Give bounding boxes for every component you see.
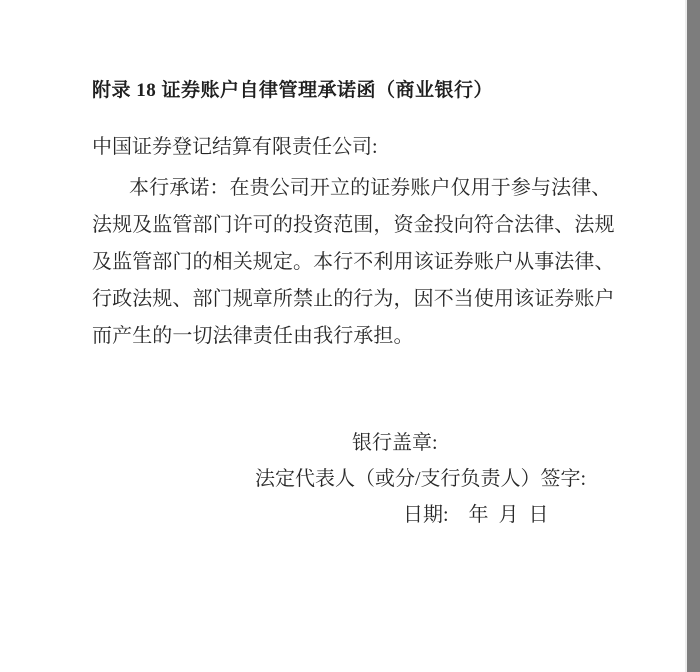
paragraph-line: 本行承诺：在贵公司开立的证券账户仅用于参与法律、 [92, 176, 611, 200]
document-page: 附录 18 证券账户自律管理承诺函（商业银行） 中国证券登记结算有限责任公司: … [0, 0, 687, 672]
right-edge-gray-strip [685, 0, 700, 672]
paragraph-line: 而产生的一切法律责任由我行承担。 [92, 324, 414, 348]
paragraph-line: 行政法规、部门规章所禁止的行为，因不当使用该证券账户 [92, 287, 615, 311]
document-title: 附录 18 证券账户自律管理承诺函（商业银行） [92, 80, 493, 103]
date-line: 日期: 年 月 日 [403, 503, 549, 527]
paragraph-line: 法规及监管部门许可的投资范围，资金投向符合法律、法规 [92, 213, 615, 237]
legal-representative-signature-line: 法定代表人（或分/支行负责人）签字: [255, 467, 586, 491]
paragraph-line: 及监管部门的相关规定。本行不利用该证券账户从事法律、 [92, 250, 615, 274]
bank-seal-line: 银行盖章: [352, 431, 438, 455]
salutation-line: 中国证券登记结算有限责任公司: [92, 135, 378, 159]
